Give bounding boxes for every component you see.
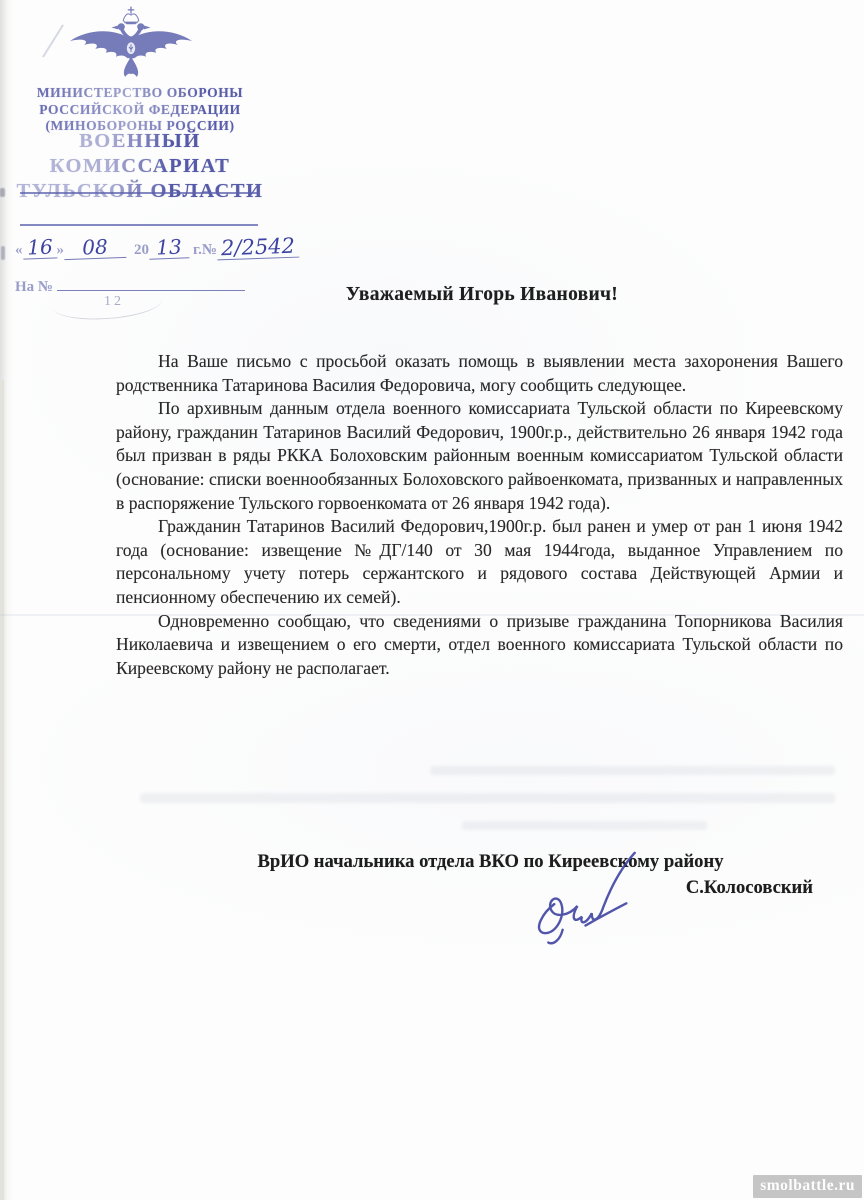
ink-bleedthrough bbox=[430, 766, 835, 775]
body-paragraph-3: Гражданин Татаринов Василий Федорович,19… bbox=[116, 515, 843, 609]
handwritten-signature-icon bbox=[518, 846, 673, 949]
date-day-handwritten: 16 bbox=[22, 235, 57, 259]
double-headed-eagle-icon bbox=[66, 6, 196, 84]
letter-body: На Ваше письмо с просьбой оказать помощь… bbox=[116, 350, 843, 680]
letterhead-line-federation: РОССИЙСКОЙ ФЕДЕРАЦИИ bbox=[12, 102, 268, 119]
scanned-letter-page: МИНИСТЕРСТВО ОБОРОНЫ РОССИЙСКОЙ ФЕДЕРАЦИ… bbox=[0, 0, 864, 1200]
letterhead-line-ministry: МИНИСТЕРСТВО ОБОРОНЫ bbox=[12, 85, 268, 102]
paper-crease-mark bbox=[42, 24, 64, 57]
year-label: г. bbox=[193, 242, 202, 259]
body-paragraph-2: По архивным данным отдела военного комис… bbox=[116, 397, 843, 515]
signer-title: ВрИО начальника отдела ВКО по Киреевском… bbox=[116, 851, 843, 873]
date-year-handwritten: 13 bbox=[149, 235, 190, 259]
body-paragraph-4: Одновременно сообщаю, что сведениями о п… bbox=[116, 610, 843, 681]
date-month-handwritten: 08 bbox=[64, 235, 127, 260]
letterhead-ministry-block: МИНИСТЕРСТВО ОБОРОНЫ РОССИЙСКОЙ ФЕДЕРАЦИ… bbox=[12, 85, 268, 135]
letterhead-line-commissariat: ВОЕННЫЙ КОМИССАРИАТ bbox=[4, 129, 276, 179]
reply-label: На № bbox=[15, 279, 53, 296]
ink-bleedthrough bbox=[462, 821, 707, 830]
salutation: Уважаемый Игорь Иванович! bbox=[118, 284, 846, 306]
quote-open: « bbox=[15, 242, 23, 259]
signer-name: С.Колосовский bbox=[116, 877, 813, 899]
outgoing-date-number-row: « 16 » 08 20 13 г. № 2/2542 bbox=[15, 236, 285, 259]
letterhead-rule-line bbox=[20, 224, 258, 226]
scan-speck bbox=[1, 246, 5, 260]
quote-close: » bbox=[57, 242, 65, 259]
letterhead-rule-line bbox=[20, 192, 258, 194]
outgoing-number-handwritten: 2/2542 bbox=[217, 235, 300, 261]
body-paragraph-1: На Ваше письмо с просьбой оказать помощь… bbox=[116, 350, 843, 397]
scan-edge-line bbox=[2, 380, 4, 1200]
ink-bleedthrough bbox=[140, 793, 835, 803]
site-watermark: smolbattle.ru bbox=[753, 1175, 862, 1198]
year-prefix-printed: 20 bbox=[134, 242, 149, 259]
number-sign-label: № bbox=[202, 242, 217, 259]
